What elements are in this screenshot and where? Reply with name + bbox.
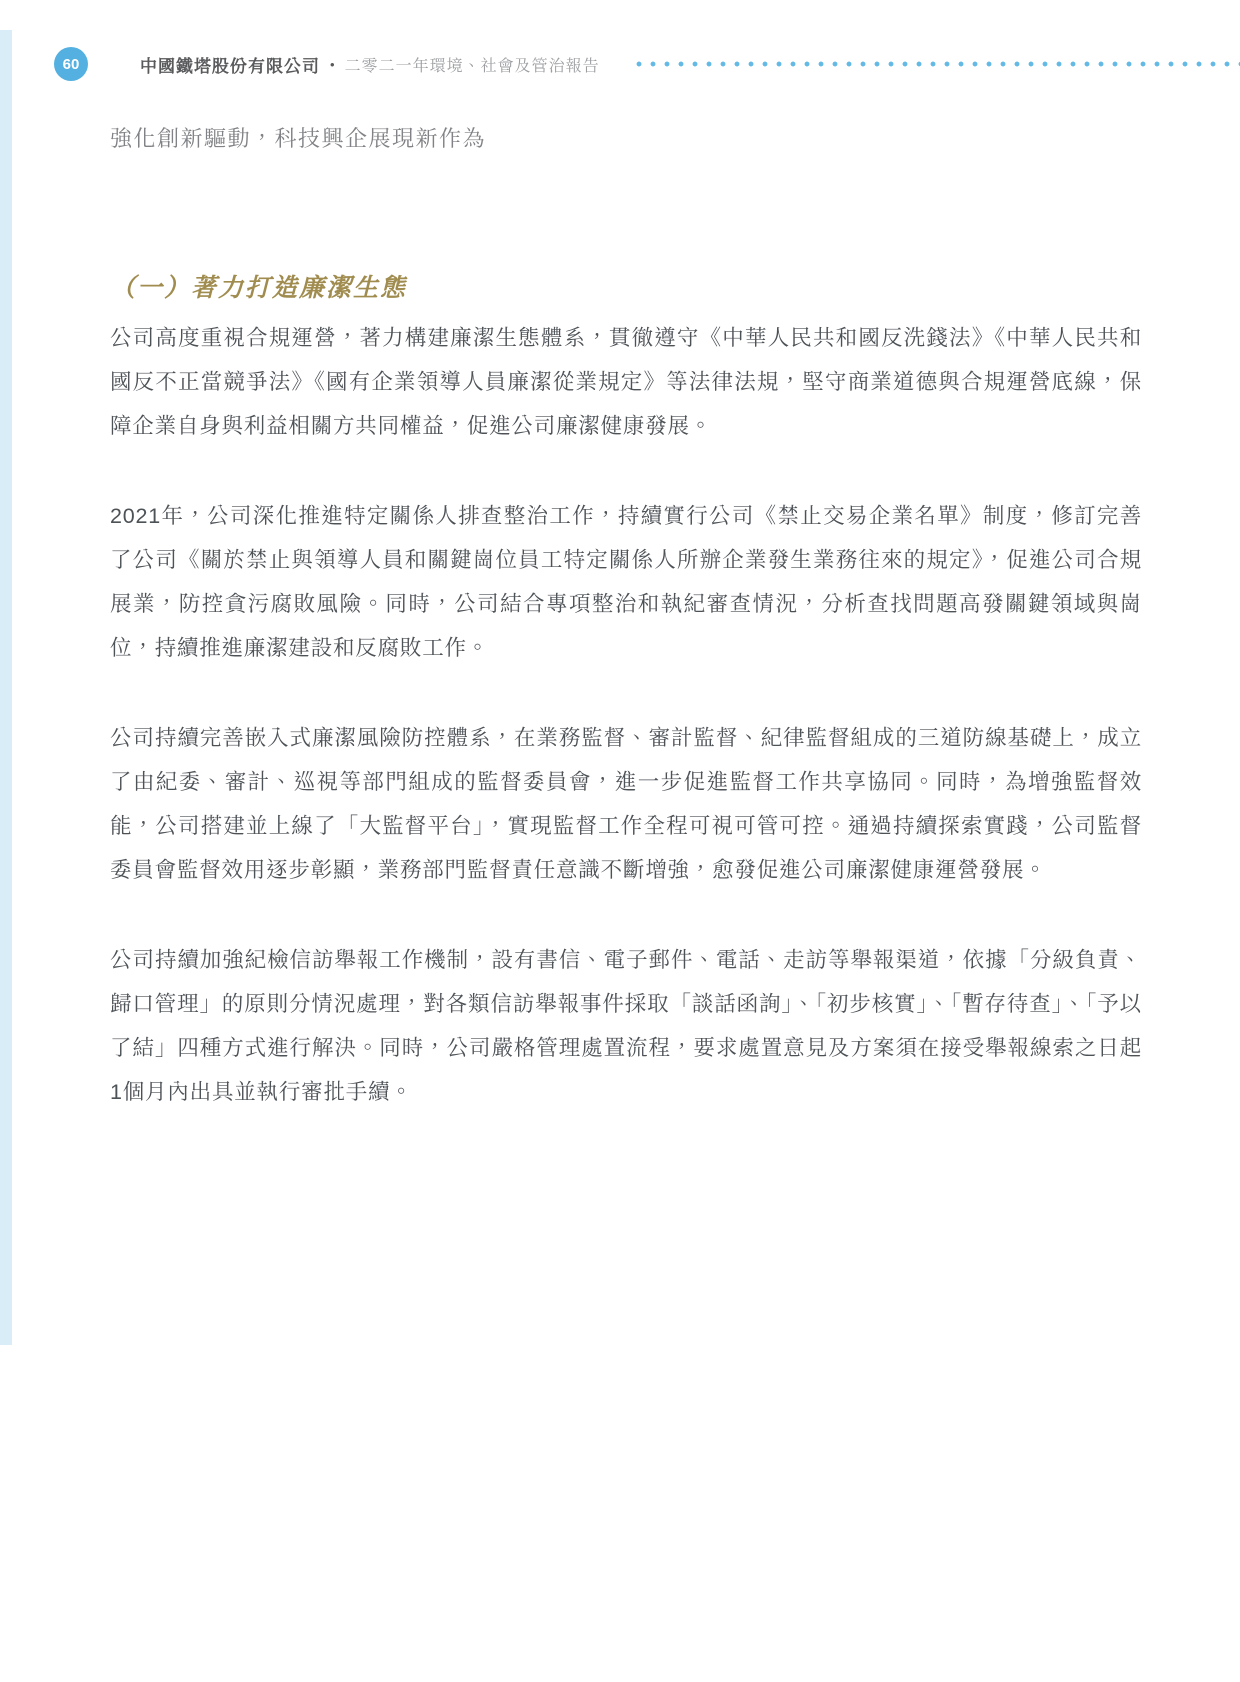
header-company-name: 中國鐵塔股份有限公司 <box>140 52 320 77</box>
chapter-subtitle: 強化創新驅動，科技興企展現新作為 <box>110 122 486 153</box>
page-number-badge: 60 <box>54 47 88 81</box>
section-heading: （一）著力打造廉潔生態 <box>110 268 1142 304</box>
header-bullet-separator: • <box>330 57 335 72</box>
header-report-title: 二零二一年環境、社會及管治報告 <box>345 53 600 76</box>
left-accent-stripe <box>0 30 12 1345</box>
main-content: （一）著力打造廉潔生態 公司高度重視合規運營，著力構建廉潔生態體系，貫徹遵守《中… <box>110 268 1142 1160</box>
paragraph-supervision-system: 公司持續完善嵌入式廉潔風險防控體系，在業務監督、審計監督、紀律監督組成的三道防線… <box>110 716 1142 892</box>
paragraph-2021-related-party: 2021年，公司深化推進特定關係人排查整治工作，持續實行公司《禁止交易企業名單》… <box>110 494 1142 670</box>
paragraph-whistleblowing-mechanism: 公司持續加強紀檢信訪舉報工作機制，設有書信、電子郵件、電話、走訪等舉報渠道，依據… <box>110 938 1142 1114</box>
report-page: 60 中國鐵塔股份有限公司 • 二零二一年環境、社會及管治報告 強化創新驅動，科… <box>0 0 1240 1682</box>
paragraph-compliance-overview: 公司高度重視合規運營，著力構建廉潔生態體系，貫徹遵守《中華人民共和國反洗錢法》《… <box>110 316 1142 448</box>
page-header: 60 中國鐵塔股份有限公司 • 二零二一年環境、社會及管治報告 <box>54 46 1240 82</box>
dotted-divider <box>636 61 1240 67</box>
